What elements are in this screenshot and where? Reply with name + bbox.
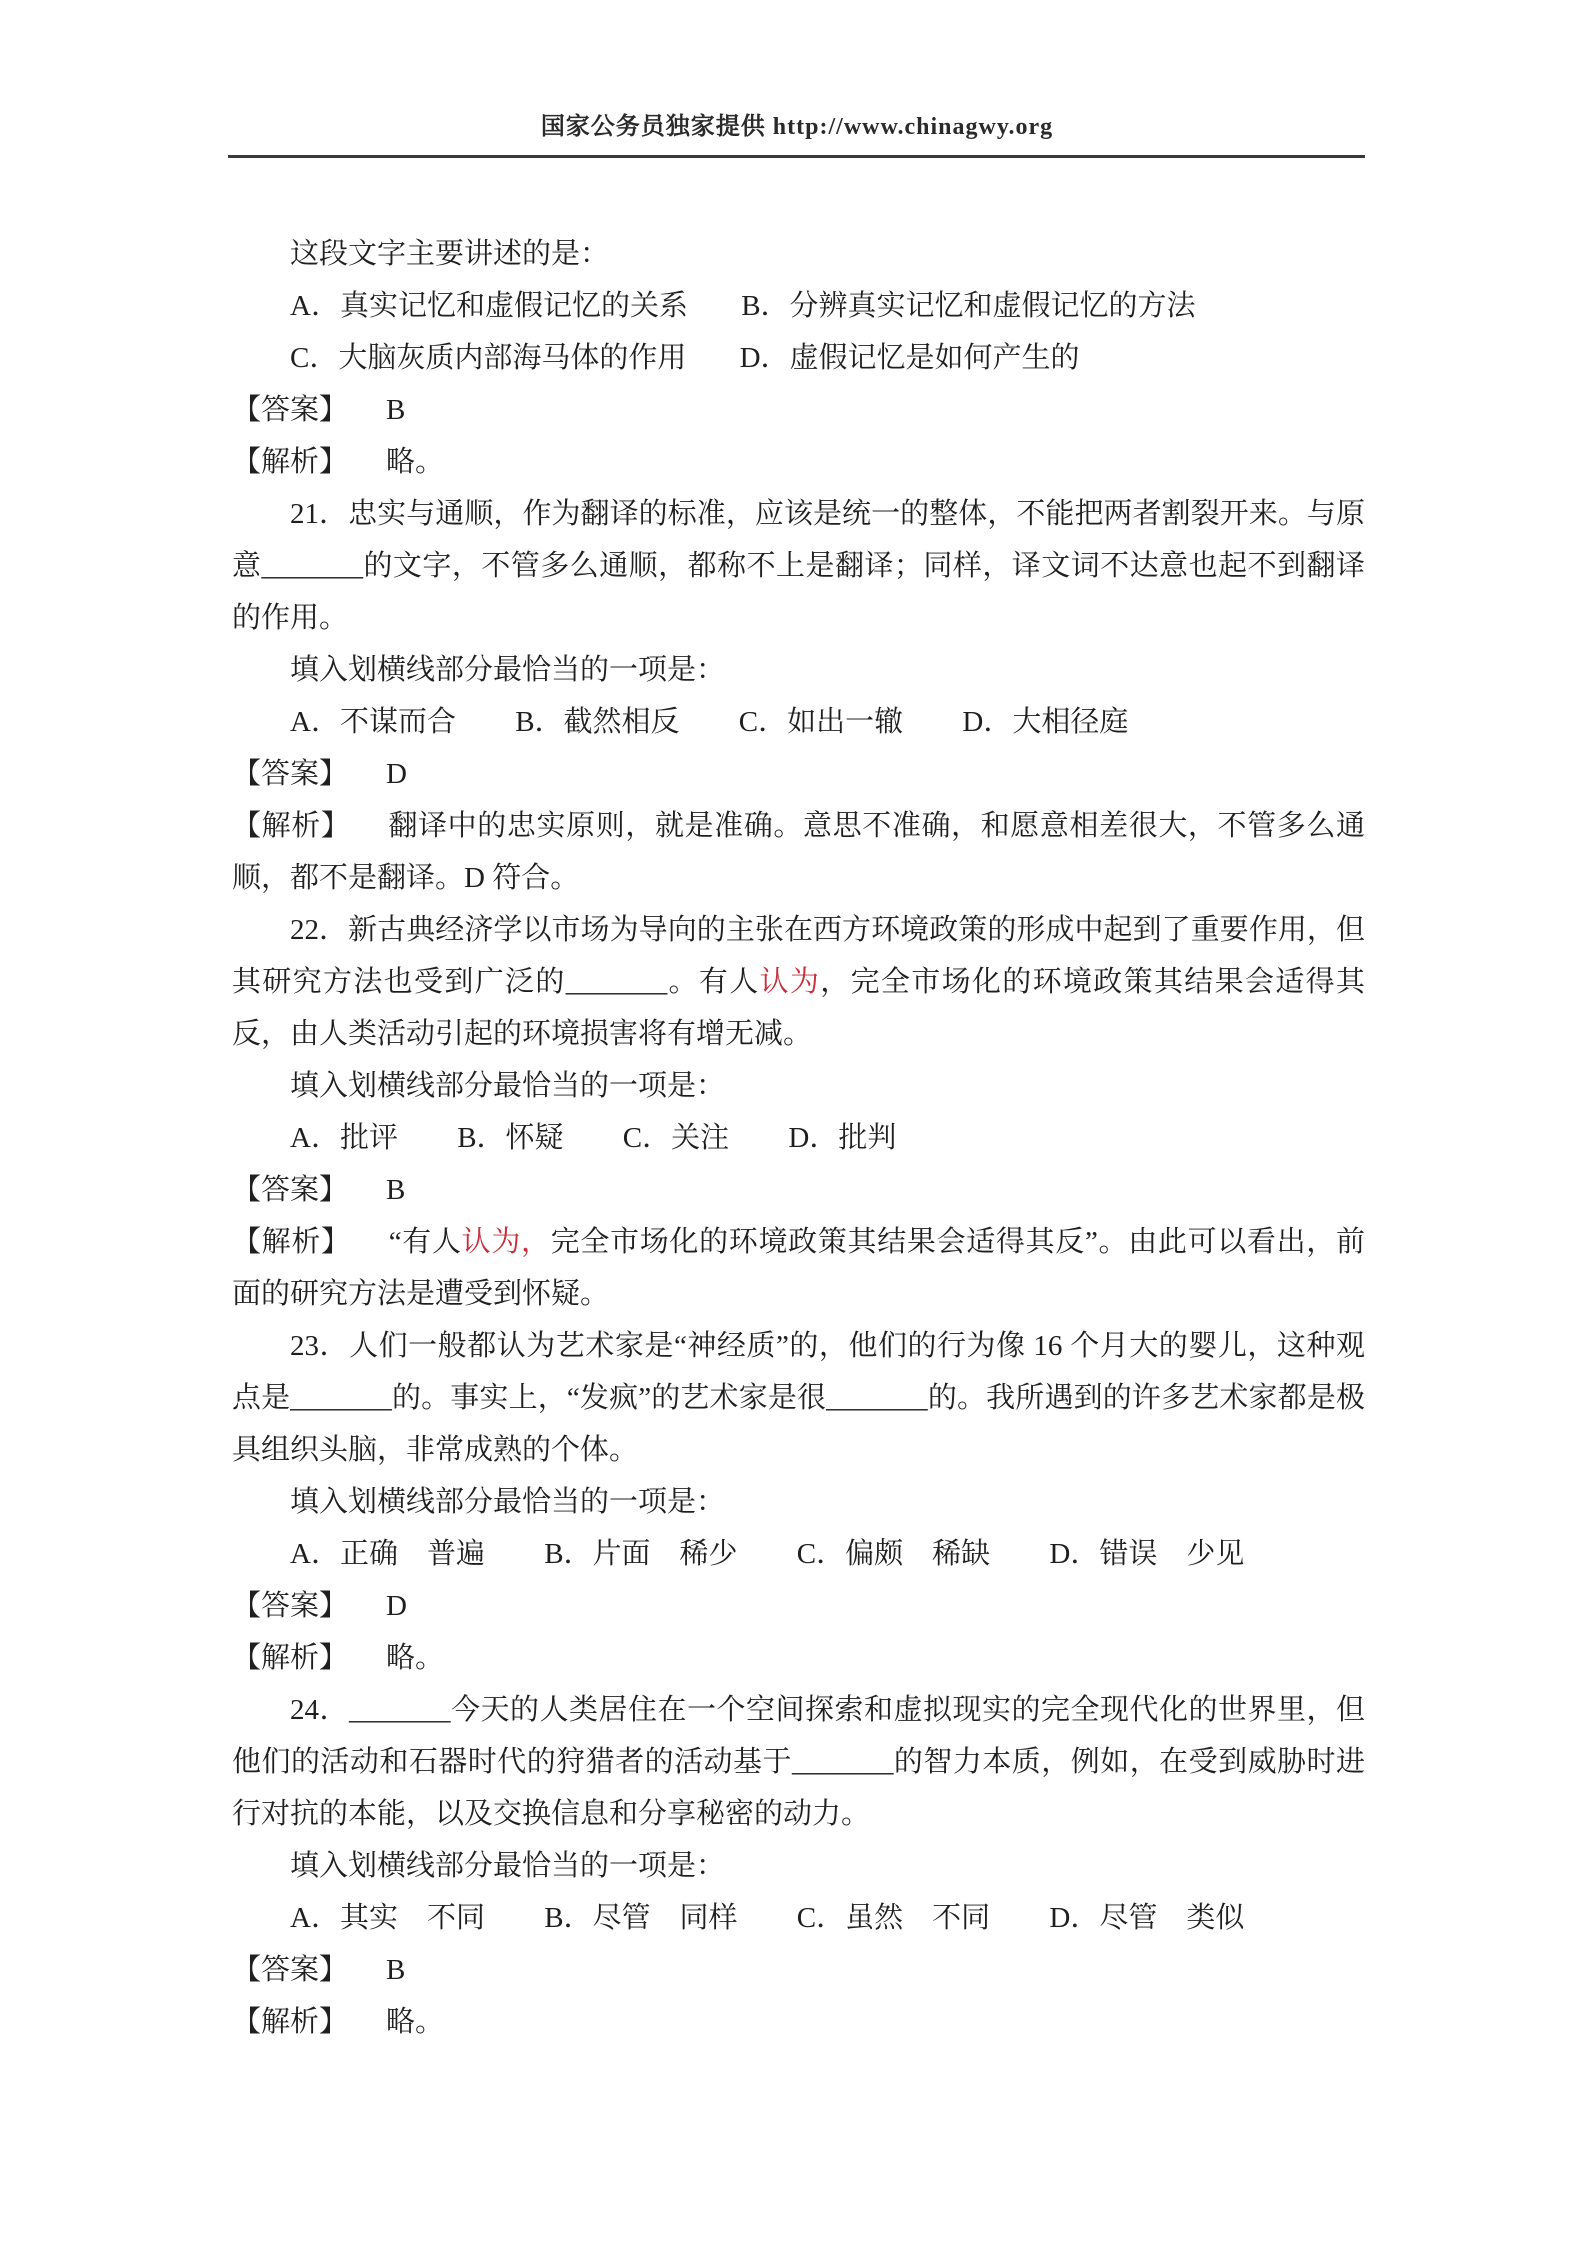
q20-analysis-line: 【解析】略。 <box>232 436 1365 488</box>
q20-options-row-1: A．真实记忆和虚假记忆的关系 B．分辨真实记忆和虚假记忆的方法 <box>232 280 1365 332</box>
q24-stem: 24．_______今天的人类居住在一个空间探索和虚拟现实的完全现代化的世界里，… <box>232 1684 1365 1840</box>
q24-option-c: C．虽然 不同 <box>797 1902 990 1934</box>
q24-option-a: A．其实 不同 <box>290 1902 485 1934</box>
q24-analysis-text: 略。 <box>386 2006 444 2038</box>
q22-option-d: D．批判 <box>788 1122 896 1154</box>
analysis-label: 【解析】 <box>232 2006 348 2038</box>
q20-answer-value: B <box>386 394 405 426</box>
answer-label: 【答案】 <box>232 1174 348 1206</box>
q21-prompt: 填入划横线部分最恰当的一项是： <box>232 644 1365 696</box>
q20-option-d: D．虚假记忆是如何产生的 <box>740 342 1080 374</box>
q22-analysis-part1: “有人 <box>389 1226 462 1258</box>
q24-prompt: 填入划横线部分最恰当的一项是： <box>232 1840 1365 1892</box>
q20-option-b: B．分辨真实记忆和虚假记忆的方法 <box>741 290 1195 322</box>
q21-option-b: B．截然相反 <box>515 706 679 738</box>
analysis-label: 【解析】 <box>232 810 350 842</box>
analysis-label: 【解析】 <box>232 446 348 478</box>
page-header: 国家公务员独家提供 http://www.chinagwy.org <box>0 0 1594 141</box>
q23-prompt: 填入划横线部分最恰当的一项是： <box>232 1476 1365 1528</box>
q22-analysis-line: 【解析】“有人认为，完全市场化的环境政策其结果会适得其反”。由此可以看出，前面的… <box>232 1216 1365 1320</box>
q21-option-d: D．大相径庭 <box>962 706 1128 738</box>
page: 国家公务员独家提供 http://www.chinagwy.org 这段文字主要… <box>0 0 1594 2252</box>
q21-option-c: C．如出一辙 <box>739 706 903 738</box>
q22-answer-value: B <box>386 1174 405 1206</box>
q23-option-a: A．正确 普遍 <box>290 1538 485 1570</box>
answer-label: 【答案】 <box>232 1954 348 1986</box>
q22-option-a: A．批评 <box>290 1122 398 1154</box>
answer-label: 【答案】 <box>232 758 348 790</box>
q20-options-row-2: C．大脑灰质内部海马体的作用 D．虚假记忆是如何产生的 <box>232 332 1365 384</box>
q24-answer-line: 【答案】B <box>232 1944 1365 1996</box>
q21-analysis-line: 【解析】翻译中的忠实原则，就是准确。意思不准确，和愿意相差很大，不管多么通顺，都… <box>232 800 1365 904</box>
q24-option-b: B．尽管 同样 <box>544 1902 737 1934</box>
q24-answer-value: B <box>386 1954 405 1986</box>
q21-option-a: A．不谋而合 <box>290 706 456 738</box>
analysis-label: 【解析】 <box>232 1226 351 1258</box>
q20-option-c: C．大脑灰质内部海马体的作用 <box>290 342 686 374</box>
q21-answer-line: 【答案】D <box>232 748 1365 800</box>
q23-option-c: C．偏颇 稀缺 <box>797 1538 990 1570</box>
q24-options-row: A．其实 不同 B．尽管 同样 C．虽然 不同 D．尽管 类似 <box>232 1892 1365 1944</box>
q20-question-line: 这段文字主要讲述的是： <box>232 228 1365 280</box>
q22-stem-red-text: 认为 <box>760 966 821 998</box>
q23-option-b: B．片面 稀少 <box>544 1538 737 1570</box>
q23-stem: 23．人们一般都认为艺术家是“神经质”的，他们的行为像 16 个月大的婴儿，这种… <box>232 1320 1365 1476</box>
q24-option-d: D．尽管 类似 <box>1049 1902 1244 1934</box>
answer-label: 【答案】 <box>232 1590 348 1622</box>
q23-options-row: A．正确 普遍 B．片面 稀少 C．偏颇 稀缺 D．错误 少见 <box>232 1528 1365 1580</box>
q22-option-b: B．怀疑 <box>457 1122 563 1154</box>
q23-answer-value: D <box>386 1590 407 1622</box>
q20-answer-line: 【答案】B <box>232 384 1365 436</box>
q21-stem: 21．忠实与通顺，作为翻译的标准，应该是统一的整体，不能把两者割裂开来。与原意_… <box>232 488 1365 644</box>
q22-option-c: C．关注 <box>623 1122 729 1154</box>
analysis-label: 【解析】 <box>232 1642 348 1674</box>
q24-analysis-line: 【解析】略。 <box>232 1996 1365 2048</box>
q20-option-a: A．真实记忆和虚假记忆的关系 <box>290 290 688 322</box>
q23-analysis-text: 略。 <box>386 1642 444 1674</box>
q21-options-row: A．不谋而合 B．截然相反 C．如出一辙 D．大相径庭 <box>232 696 1365 748</box>
q23-analysis-line: 【解析】略。 <box>232 1632 1365 1684</box>
q22-prompt: 填入划横线部分最恰当的一项是： <box>232 1060 1365 1112</box>
q23-option-d: D．错误 少见 <box>1049 1538 1244 1570</box>
answer-label: 【答案】 <box>232 394 348 426</box>
document-page: { "colors": { "accent_red": "#c5313d", "… <box>0 0 1594 2252</box>
header-title: 国家公务员独家提供 http://www.chinagwy.org <box>541 114 1053 140</box>
q20-analysis-text: 略。 <box>386 446 444 478</box>
q22-analysis-red-text: 认为， <box>462 1226 551 1258</box>
q23-answer-line: 【答案】D <box>232 1580 1365 1632</box>
q22-answer-line: 【答案】B <box>232 1164 1365 1216</box>
q22-stem: 22．新古典经济学以市场为导向的主张在西方环境政策的形成中起到了重要作用，但其研… <box>232 904 1365 1060</box>
document-content: 这段文字主要讲述的是： A．真实记忆和虚假记忆的关系 B．分辨真实记忆和虚假记忆… <box>0 158 1594 2048</box>
q21-analysis-text: 翻译中的忠实原则，就是准确。意思不准确，和愿意相差很大，不管多么通顺，都不是翻译… <box>232 810 1365 894</box>
q22-options-row: A．批评 B．怀疑 C．关注 D．批判 <box>232 1112 1365 1164</box>
q21-answer-value: D <box>386 758 407 790</box>
